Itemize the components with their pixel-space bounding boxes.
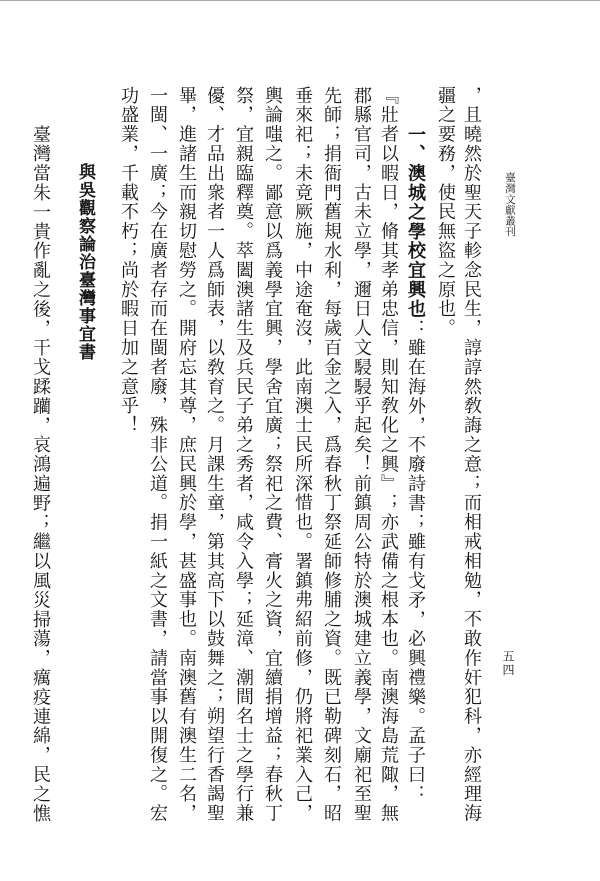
text-column-1: ，且曉然於聖天子軫念民生，諄諄然敎誨之意；而相戒相勉，不敢作奸犯科，亦經理海 bbox=[460, 86, 482, 823]
text-column-6: 先師；捐衙門舊規水利，每歲百金之入，爲春秋丁祭延師修脯之資。既已勒碑刻石，昭 bbox=[320, 86, 342, 823]
item-text: ：雖在海外，不廢詩書；雖有戈矛，必興禮樂。孟子曰： bbox=[405, 319, 426, 804]
text-column-4: 『壯者以暇日，脩其孝弟忠信，則知敎化之興』；亦武備之根本也。南澳海島荒陬，無 bbox=[377, 86, 399, 823]
item-heading: 一、澳城之學校宜興也 bbox=[405, 125, 426, 319]
page-number: 五四 bbox=[501, 650, 515, 677]
text-column-13: 功盛業，千載不朽；尚於暇日加之意乎！ bbox=[117, 86, 139, 435]
text-column-7: 垂來祀；未竟厥施，中途奄沒，此南澳士民所深惜也。署鎮弗紹前修，仍將祀業入己， bbox=[291, 86, 313, 823]
scan-top-edge bbox=[0, 0, 600, 1]
text-column-12: 一閩、一廣；今在廣者存而在閩者廢，殊非公道。捐一紙之文書，請當事以開復之。宏 bbox=[146, 86, 168, 823]
text-column-5: 郡縣官司，古未立學，邇日人文駸駸乎起矣！前鎮周公特於澳城建立義學，文廟祀至聖 bbox=[350, 86, 372, 823]
text-column-10: 優、才品出衆者一人爲師表，以敎育之。月課生童，第其高下以鼓舞之；朔望行香謁聖 bbox=[203, 86, 225, 823]
next-section-column-1: 臺灣當朱一貴作亂之後，干戈蹂躪，哀鴻遍野；繼以風災掃蕩，癘疫連綿，民之憔 bbox=[29, 125, 51, 823]
text-column-3: 一、澳城之學校宜興也：雖在海外，不廢詩書；雖有戈矛，必興禮樂。孟子曰： bbox=[404, 125, 426, 804]
section-title: 與吳觀察論治臺灣事宜書 bbox=[74, 163, 96, 361]
text-column-11: 畢，進諸生而親切慰勞之。開府忘其尊，庶民興於學，甚盛事也。南澳舊有澳生二名， bbox=[175, 86, 197, 823]
series-title: 臺灣文獻叢刊 bbox=[503, 172, 517, 237]
text-column-2: 疆之要務，使民無盜之原也。 bbox=[434, 86, 456, 338]
text-column-8: 輿論嗤之。鄙意以爲義學宜興，學舍宜廣；祭祀之費、膏火之資，宜續捐增益；春秋丁 bbox=[261, 86, 283, 823]
text-column-9: 祭，宜親臨釋奠。萃闔澳諸生及兵民子弟之秀者，咸令入學；延漳、潮間名士之學行兼 bbox=[232, 86, 254, 823]
